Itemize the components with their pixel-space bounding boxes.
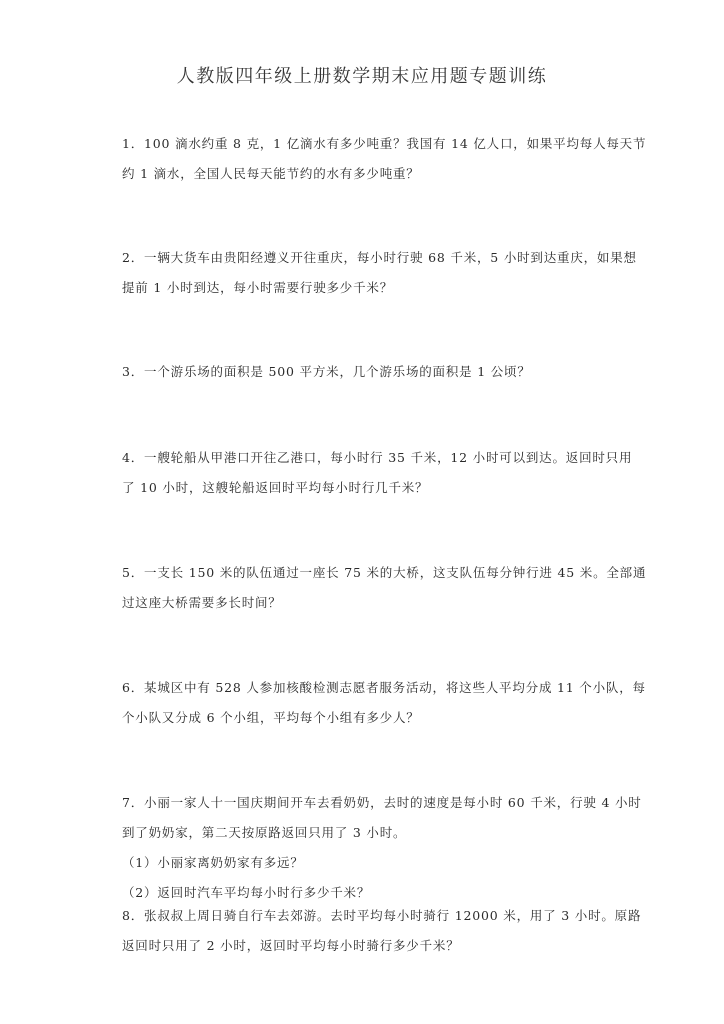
- question-8: 8．张叔叔上周日骑自行车去郊游。去时平均每小时骑行 12000 米，用了 3 小…: [122, 901, 612, 961]
- question-5: 5．一支长 150 米的队伍通过一座长 75 米的大桥，这支队伍每分钟行进 45…: [122, 558, 612, 618]
- question-3: 3．一个游乐场的面积是 500 平方米，几个游乐场的面积是 1 公顷？: [122, 357, 612, 387]
- document-page: 人教版四年级上册数学期末应用题专题训练 1．100 滴水约重 8 克，1 亿滴水…: [0, 0, 724, 1024]
- question-7: 7．小丽一家人十一国庆期间开车去看奶奶，去时的速度是每小时 60 千米，行驶 4…: [122, 788, 612, 908]
- question-line: 了 10 小时，这艘轮船返回时平均每小时行几千米？: [122, 473, 612, 503]
- question-line: 6．某城区中有 528 人参加核酸检测志愿者服务活动，将这些人平均分成 11 个…: [122, 673, 612, 703]
- question-line: 8．张叔叔上周日骑自行车去郊游。去时平均每小时骑行 12000 米，用了 3 小…: [122, 901, 612, 931]
- question-line: 返回时只用了 2 小时，返回时平均每小时骑行多少千米？: [122, 931, 612, 961]
- question-line: 7．小丽一家人十一国庆期间开车去看奶奶，去时的速度是每小时 60 千米，行驶 4…: [122, 788, 612, 818]
- question-line: 过这座大桥需要多长时间？: [122, 588, 612, 618]
- document-title: 人教版四年级上册数学期末应用题专题训练: [0, 62, 724, 88]
- question-line: 1．100 滴水约重 8 克，1 亿滴水有多少吨重？我国有 14 亿人口，如果平…: [122, 129, 612, 159]
- question-4: 4．一艘轮船从甲港口开往乙港口，每小时行 35 千米，12 小时可以到达。返回时…: [122, 443, 612, 503]
- question-line: 提前 1 小时到达，每小时需要行驶多少千米？: [122, 273, 612, 303]
- question-line: 3．一个游乐场的面积是 500 平方米，几个游乐场的面积是 1 公顷？: [122, 357, 612, 387]
- question-line: 到了奶奶家，第二天按原路返回只用了 3 小时。: [122, 818, 612, 848]
- question-line: 2．一辆大货车由贵阳经遵义开往重庆，每小时行驶 68 千米，5 小时到达重庆，如…: [122, 243, 612, 273]
- sub-question: （1）小丽家离奶奶家有多远？: [122, 848, 612, 878]
- question-line: 约 1 滴水，全国人民每天能节约的水有多少吨重？: [122, 159, 612, 189]
- question-line: 5．一支长 150 米的队伍通过一座长 75 米的大桥，这支队伍每分钟行进 45…: [122, 558, 612, 588]
- question-line: 4．一艘轮船从甲港口开往乙港口，每小时行 35 千米，12 小时可以到达。返回时…: [122, 443, 612, 473]
- question-2: 2．一辆大货车由贵阳经遵义开往重庆，每小时行驶 68 千米，5 小时到达重庆，如…: [122, 243, 612, 303]
- question-line: 个小队又分成 6 个小组，平均每个小组有多少人？: [122, 703, 612, 733]
- question-6: 6．某城区中有 528 人参加核酸检测志愿者服务活动，将这些人平均分成 11 个…: [122, 673, 612, 733]
- question-1: 1．100 滴水约重 8 克，1 亿滴水有多少吨重？我国有 14 亿人口，如果平…: [122, 129, 612, 189]
